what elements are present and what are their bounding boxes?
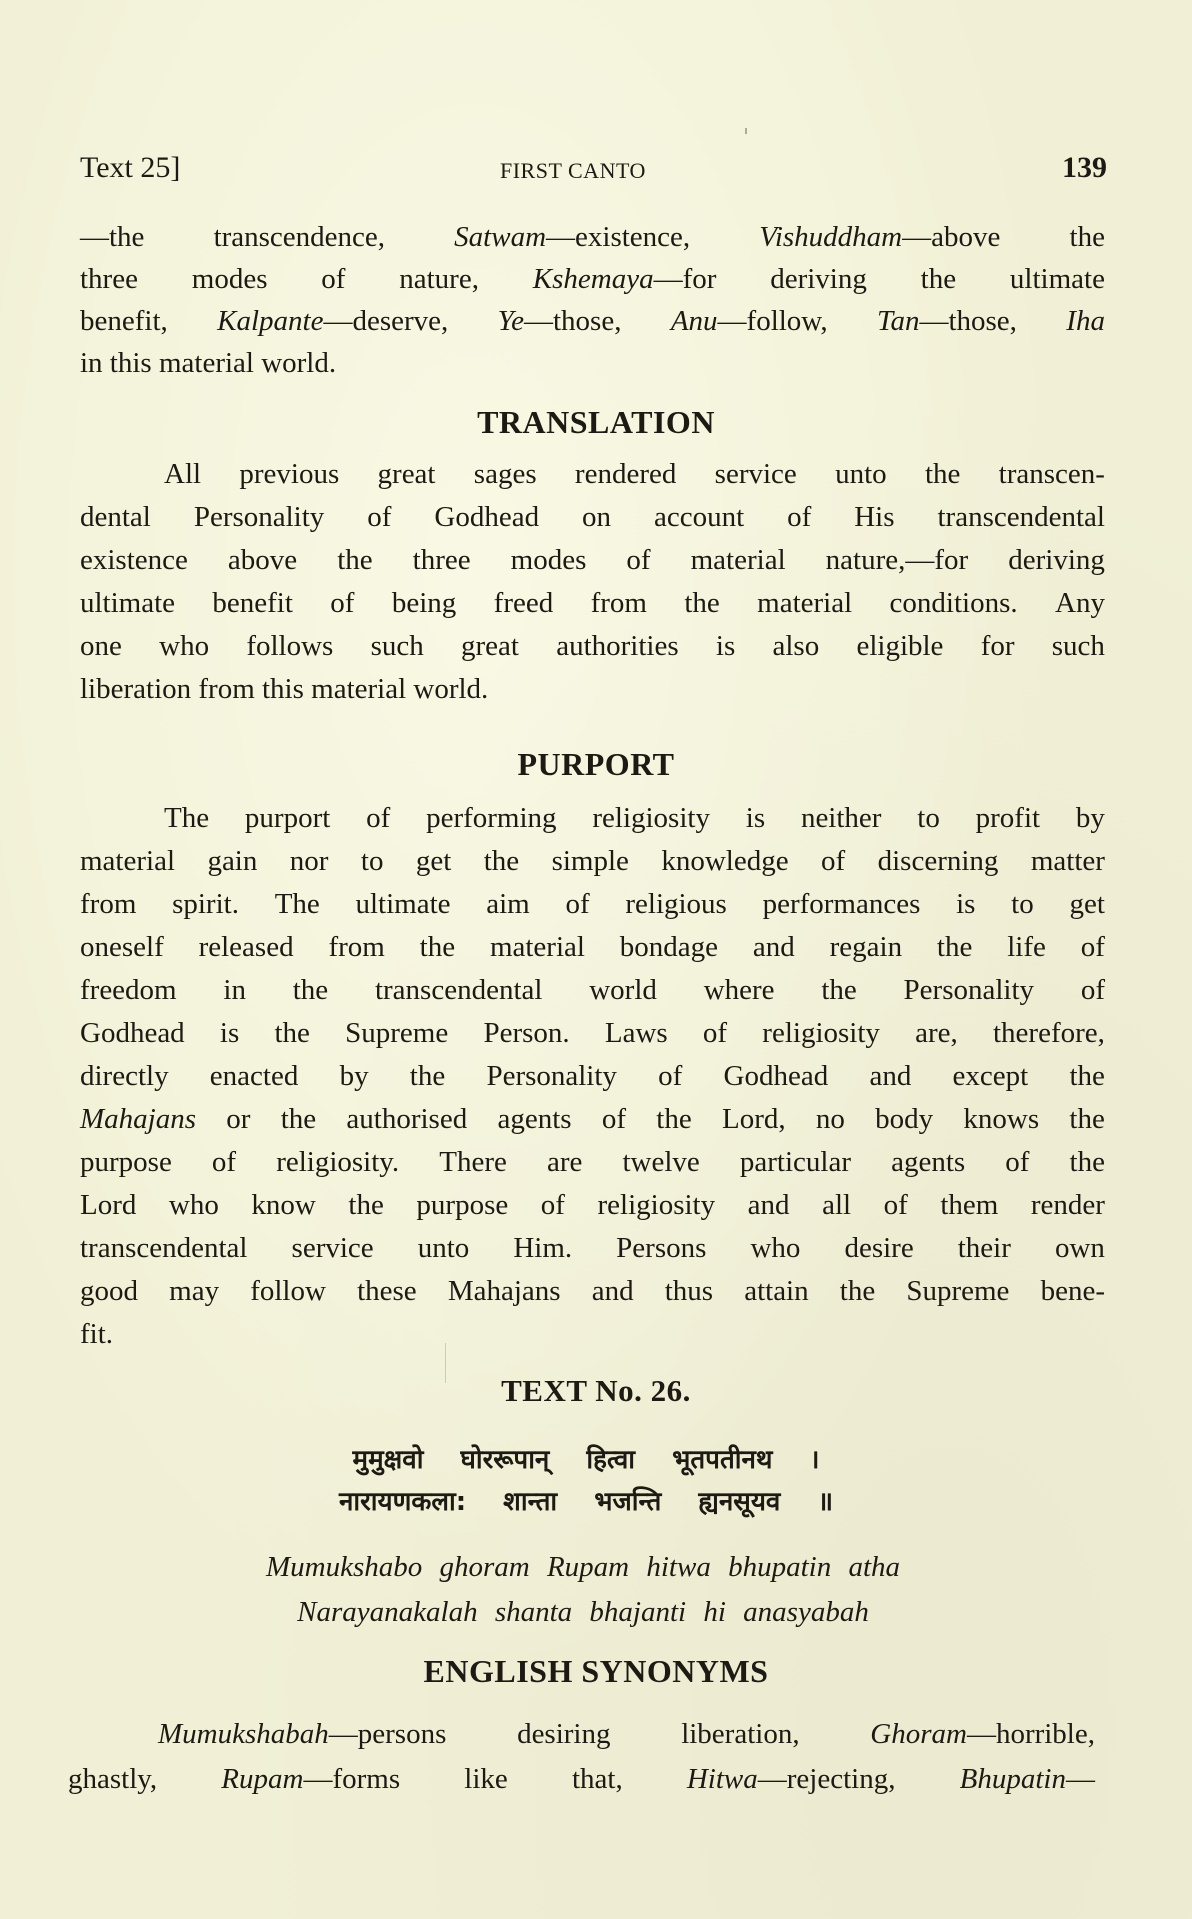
word: are	[547, 1144, 582, 1180]
word: Kalpante—deserve,	[217, 303, 448, 339]
word: matter	[1031, 843, 1105, 879]
transliteration-line: Mumukshabo ghoram Rupam hitwa bhupatin a…	[0, 1549, 1179, 1585]
synonyms-heading: ENGLISH SYNONYMS	[0, 1652, 1192, 1690]
word: transcendence,	[214, 219, 385, 255]
word: benefit	[212, 585, 293, 621]
word: unto	[418, 1230, 470, 1266]
text-line: materialgainnortogetthesimpleknowledgeof…	[80, 843, 1105, 879]
word: where	[704, 972, 775, 1008]
word: of	[703, 1015, 727, 1051]
word: Personality	[904, 972, 1035, 1008]
word: of	[541, 1187, 565, 1223]
word: Kshemaya—for	[533, 261, 717, 297]
word: great	[461, 628, 519, 664]
word: to	[917, 800, 940, 836]
word: spirit.	[172, 886, 239, 922]
word: twelve	[622, 1144, 699, 1180]
page-number: 139	[1062, 150, 1107, 186]
word: —the	[80, 219, 144, 255]
word: Mumukshabah—persons	[158, 1716, 446, 1752]
word: nature,—for	[826, 542, 969, 578]
word: their	[958, 1230, 1011, 1266]
word: Ghoram—horrible,	[870, 1716, 1095, 1752]
word: ghastly,	[68, 1761, 157, 1797]
word: and	[753, 929, 795, 965]
purport-heading: PURPORT	[0, 745, 1192, 783]
word: Hitwa—rejecting,	[687, 1761, 896, 1797]
word: the	[925, 456, 960, 492]
text-line: oneselfreleasedfromthematerialbondageand…	[80, 929, 1105, 965]
word: performances	[763, 886, 921, 922]
word: liberation,	[681, 1716, 799, 1752]
word: desiring	[517, 1716, 610, 1752]
word: existence	[80, 542, 188, 578]
word: Vishuddham—above	[759, 219, 1000, 255]
text-line: —thetranscendence,Satwam—existence,Vishu…	[80, 219, 1105, 255]
word: render	[1031, 1187, 1105, 1223]
word: who	[750, 1230, 800, 1266]
text-line: benefit,Kalpante—deserve,Ye—those,Anu—fo…	[80, 303, 1105, 339]
scan-speck	[745, 128, 747, 134]
word: Satwam—existence,	[454, 219, 690, 255]
word: freedom	[80, 972, 177, 1008]
devanagari-line: मुमुक्षवो घोररूपान् हित्वा भूतपतीनथ ।	[0, 1442, 1182, 1478]
word: religiosity	[762, 1015, 880, 1051]
word: world	[589, 972, 657, 1008]
word: enacted	[210, 1058, 299, 1094]
word: such	[371, 628, 424, 664]
word: agents	[891, 1144, 965, 1180]
word: above	[228, 542, 297, 578]
word: Anu—follow,	[671, 303, 828, 339]
word: The	[275, 886, 320, 922]
word: dental	[80, 499, 151, 535]
word: of	[884, 1187, 908, 1223]
word: is	[956, 886, 975, 922]
running-head-section: Text 25]	[80, 150, 180, 186]
word: religiosity.	[276, 1144, 399, 1180]
text-line: freedominthetranscendentalworldwheretheP…	[80, 972, 1105, 1008]
word: Personality	[486, 1058, 617, 1094]
word: the	[337, 542, 372, 578]
word: material	[80, 843, 175, 879]
word: deriving	[770, 261, 867, 297]
text-line: MahajansortheauthorisedagentsoftheLord,n…	[80, 1101, 1105, 1137]
word: gain	[207, 843, 257, 879]
word: deriving	[1008, 542, 1105, 578]
word: is	[746, 800, 765, 836]
word: ultimate	[1010, 261, 1105, 297]
word: three	[413, 542, 471, 578]
text-line: directlyenactedbythePersonalityofGodhead…	[80, 1058, 1105, 1094]
word: attain	[744, 1273, 808, 1309]
text-segment: fit.	[80, 1318, 113, 1350]
word: purpose	[80, 1144, 172, 1180]
word: religious	[625, 886, 727, 922]
text-line: purposeofreligiosity.Therearetwelveparti…	[80, 1144, 1105, 1180]
word: transcendental	[937, 499, 1104, 535]
word: the	[921, 261, 956, 297]
word: Laws	[605, 1015, 668, 1051]
word: own	[1055, 1230, 1105, 1266]
word: is	[220, 1015, 239, 1051]
word: the	[684, 585, 719, 621]
word: sages	[474, 456, 537, 492]
word: on	[582, 499, 611, 535]
word: these	[357, 1273, 417, 1309]
word: transcen-	[999, 456, 1105, 492]
word: are,	[915, 1015, 958, 1051]
word: His	[854, 499, 894, 535]
word: the	[1069, 1101, 1104, 1137]
word: Iha	[1066, 303, 1105, 339]
text-line: threemodesofnature,Kshemaya—forderivingt…	[80, 261, 1105, 297]
word: therefore,	[993, 1015, 1105, 1051]
text-line: dentalPersonalityofGodheadonaccountofHis…	[80, 499, 1105, 535]
word: Supreme	[345, 1015, 448, 1051]
word: bene-	[1041, 1273, 1105, 1309]
word: previous	[239, 456, 339, 492]
text-line: Thepurportofperformingreligiosityisneith…	[164, 800, 1105, 836]
word: follow	[250, 1273, 326, 1309]
word: of	[787, 499, 811, 535]
word: Supreme	[906, 1273, 1009, 1309]
word: except	[953, 1058, 1029, 1094]
word: by	[1076, 800, 1105, 836]
word: three	[80, 261, 138, 297]
word: body	[875, 1101, 933, 1137]
word: freed	[494, 585, 554, 621]
word: of	[330, 585, 354, 621]
word: the	[840, 1273, 875, 1309]
word: released	[199, 929, 294, 965]
word: knows	[963, 1101, 1039, 1137]
word: of	[626, 542, 650, 578]
word: of	[658, 1058, 682, 1094]
word: the	[281, 1101, 316, 1137]
word: to	[361, 843, 384, 879]
word: directly	[80, 1058, 169, 1094]
word: Any	[1055, 585, 1105, 621]
devanagari-line: नारायणकला: शान्ता भजन्ति ह्यनसूयव ॥	[0, 1484, 1182, 1520]
word: the	[484, 843, 519, 879]
word: The	[164, 800, 209, 836]
word: the	[420, 929, 455, 965]
word: purport	[245, 800, 330, 836]
word: discerning	[878, 843, 999, 879]
word: no	[816, 1101, 845, 1137]
word: know	[251, 1187, 315, 1223]
word: performing	[426, 800, 556, 836]
word: of	[367, 499, 391, 535]
word: who	[169, 1187, 219, 1223]
word: Person.	[483, 1015, 569, 1051]
word: and	[748, 1187, 790, 1223]
word: for	[981, 628, 1015, 664]
word: is	[716, 628, 735, 664]
text-line: Mumukshabah—personsdesiringliberation,Gh…	[158, 1716, 1095, 1752]
word: agents	[497, 1101, 571, 1137]
word: account	[654, 499, 744, 535]
text-segment: in this material world.	[80, 347, 336, 379]
scan-line-artifact	[445, 1343, 446, 1383]
text-line: liberation from this material world.	[80, 671, 1105, 707]
text-line: fit.	[80, 1316, 1105, 1352]
word: Him.	[513, 1230, 572, 1266]
running-head: Text 25] FIRST CANTO 139	[80, 150, 1107, 190]
text-line: goodmayfollowtheseMahajansandthusattaint…	[80, 1273, 1105, 1309]
word: service	[292, 1230, 374, 1266]
word: follows	[246, 628, 333, 664]
word: knowledge	[661, 843, 788, 879]
word: the	[1069, 1058, 1104, 1094]
word: Lord,	[722, 1101, 786, 1137]
word: the	[1070, 219, 1105, 255]
word: purpose	[416, 1187, 508, 1223]
word: the	[348, 1187, 383, 1223]
transliteration-line: Narayanakalah shanta bhajanti hi anasyab…	[0, 1594, 1179, 1630]
word: Godhead	[80, 1015, 185, 1051]
word: from	[328, 929, 384, 965]
word: simple	[552, 843, 629, 879]
word: like	[464, 1761, 508, 1797]
word: Personality	[194, 499, 325, 535]
text-line: fromspirit.Theultimateaimofreligiousperf…	[80, 886, 1105, 922]
word: rendered	[575, 456, 676, 492]
word: religiosity	[598, 1187, 716, 1223]
word: may	[169, 1273, 219, 1309]
text-line: GodheadistheSupremePerson.Lawsofreligios…	[80, 1015, 1105, 1051]
text-line: ghastly,Rupam—formslikethat,Hitwa—reject…	[68, 1761, 1095, 1797]
running-head-title: FIRST CANTO	[500, 156, 646, 186]
word: good	[80, 1273, 138, 1309]
word: authorised	[346, 1101, 467, 1137]
word: life	[1007, 929, 1046, 965]
word: ultimate	[80, 585, 175, 621]
word: or	[226, 1101, 250, 1137]
word: of	[321, 261, 345, 297]
word: service	[715, 456, 797, 492]
text-line: Lordwhoknowthepurposeofreligiosityandall…	[80, 1187, 1105, 1223]
word: oneself	[80, 929, 164, 965]
word: and	[592, 1273, 634, 1309]
word: of	[1081, 972, 1105, 1008]
word: Godhead	[434, 499, 539, 535]
word: bondage	[620, 929, 718, 965]
word: great	[378, 456, 436, 492]
word: who	[159, 628, 209, 664]
word: nor	[290, 843, 329, 879]
word: transcendental	[80, 1230, 247, 1266]
word: unto	[835, 456, 887, 492]
word: Bhupatin—	[960, 1761, 1095, 1797]
word: the	[1070, 1144, 1105, 1180]
word: material	[757, 585, 852, 621]
word: by	[340, 1058, 369, 1094]
word: the	[821, 972, 856, 1008]
word: them	[940, 1187, 998, 1223]
word: Godhead	[724, 1058, 829, 1094]
word: transcendental	[375, 972, 542, 1008]
word: Ye—those,	[498, 303, 622, 339]
word: regain	[830, 929, 902, 965]
word: particular	[740, 1144, 851, 1180]
word: being	[392, 585, 456, 621]
word: the	[293, 972, 328, 1008]
text-line: in this material world.	[80, 345, 1105, 381]
word: modes	[511, 542, 587, 578]
word: desire	[844, 1230, 913, 1266]
word: ultimate	[356, 886, 451, 922]
text-line: existenceabovethethreemodesofmaterialnat…	[80, 542, 1105, 578]
word: and	[869, 1058, 911, 1094]
word: of	[1081, 929, 1105, 965]
text-line: onewhofollowssuchgreatauthoritiesisalsoe…	[80, 628, 1105, 664]
word: All	[164, 456, 201, 492]
word: profit	[976, 800, 1040, 836]
word: the	[656, 1101, 691, 1137]
word: aim	[486, 886, 530, 922]
word: Rupam—forms	[221, 1761, 400, 1797]
word: one	[80, 628, 122, 664]
word: from	[591, 585, 647, 621]
word: from	[80, 886, 136, 922]
word: Mahajans	[448, 1273, 561, 1309]
word: modes	[192, 261, 268, 297]
text-line: Allpreviousgreatsagesrenderedserviceunto…	[164, 456, 1105, 492]
word: conditions.	[890, 585, 1018, 621]
word: There	[439, 1144, 507, 1180]
word: authorities	[556, 628, 678, 664]
word: that,	[572, 1761, 623, 1797]
word: the	[410, 1058, 445, 1094]
word: eligible	[856, 628, 943, 664]
word: of	[212, 1144, 236, 1180]
word: of	[366, 800, 390, 836]
word: to	[1011, 886, 1034, 922]
word: benefit,	[80, 303, 168, 339]
text-line: transcendentalserviceuntoHim.Personswhod…	[80, 1230, 1105, 1266]
word: neither	[801, 800, 882, 836]
translation-heading: TRANSLATION	[0, 403, 1192, 441]
word: religiosity	[592, 800, 710, 836]
word: Tan—those,	[877, 303, 1017, 339]
word: also	[772, 628, 819, 664]
word: in	[223, 972, 246, 1008]
word: Mahajans	[80, 1101, 196, 1137]
word: Persons	[616, 1230, 706, 1266]
word: material	[490, 929, 585, 965]
word: material	[691, 542, 786, 578]
word: of	[1005, 1144, 1029, 1180]
text-line: ultimatebenefitofbeingfreedfromthemateri…	[80, 585, 1105, 621]
word: of	[565, 886, 589, 922]
word: get	[416, 843, 451, 879]
word: nature,	[399, 261, 479, 297]
word: such	[1052, 628, 1105, 664]
word: of	[821, 843, 845, 879]
word: the	[937, 929, 972, 965]
word: all	[822, 1187, 851, 1223]
word: thus	[665, 1273, 713, 1309]
word: of	[602, 1101, 626, 1137]
word: get	[1069, 886, 1104, 922]
verse-heading: TEXT No. 26.	[0, 1372, 1192, 1410]
word: the	[274, 1015, 309, 1051]
word: Lord	[80, 1187, 136, 1223]
